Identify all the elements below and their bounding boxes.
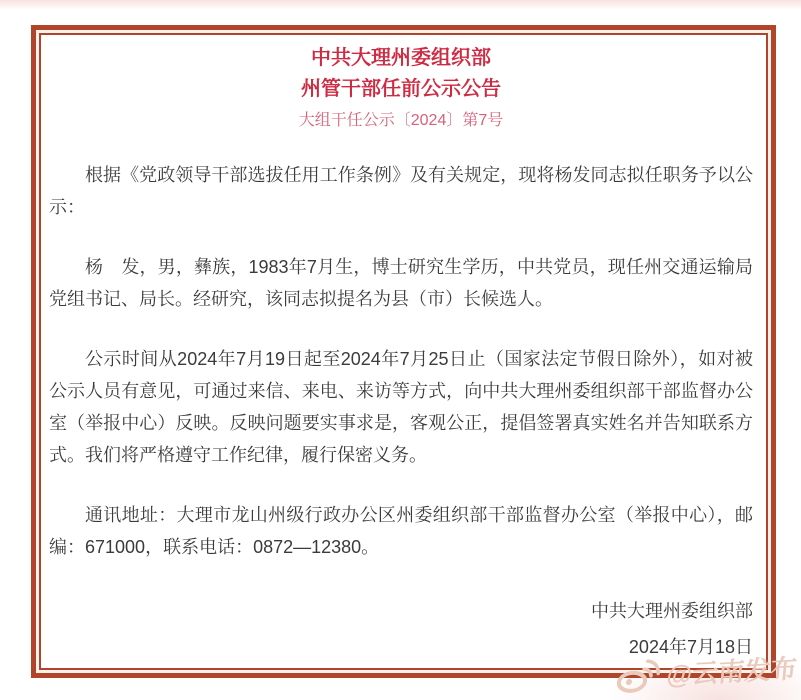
doc-number: 大组干任公示〔2024〕第7号 xyxy=(49,105,753,137)
weibo-icon xyxy=(615,656,662,694)
notice-content: 中共大理州委组织部 州管干部任前公示公告 大组干任公示〔2024〕第7号 根据《… xyxy=(41,35,766,668)
paragraph-contact: 通讯地址：大理市龙山州级行政办公区州委组织部干部监督办公室（举报中心），邮编：6… xyxy=(49,499,753,563)
org-title: 中共大理州委组织部 xyxy=(49,43,753,73)
page-background: 中共大理州委组织部 州管干部任前公示公告 大组干任公示〔2024〕第7号 根据《… xyxy=(0,0,801,700)
paragraph-basis: 根据《党政领导干部选拔任用工作条例》及有关规定，现将杨发同志拟任职务予以公示： xyxy=(49,159,753,223)
signature-org: 中共大理州委组织部 xyxy=(49,595,753,627)
paragraph-profile: 杨 发，男，彝族，1983年7月生，博士研究生学历，中共党员，现任州交通运输局党… xyxy=(49,251,753,315)
notice-card: 中共大理州委组织部 州管干部任前公示公告 大组干任公示〔2024〕第7号 根据《… xyxy=(31,25,776,678)
notice-title: 州管干部任前公示公告 xyxy=(49,73,753,105)
inner-border: 中共大理州委组织部 州管干部任前公示公告 大组干任公示〔2024〕第7号 根据《… xyxy=(39,33,768,670)
watermark-text: @云南发布 xyxy=(665,648,798,692)
paragraph-period: 公示时间从2024年7月19日起至2024年7月25日止（国家法定节假日除外），… xyxy=(49,343,753,471)
